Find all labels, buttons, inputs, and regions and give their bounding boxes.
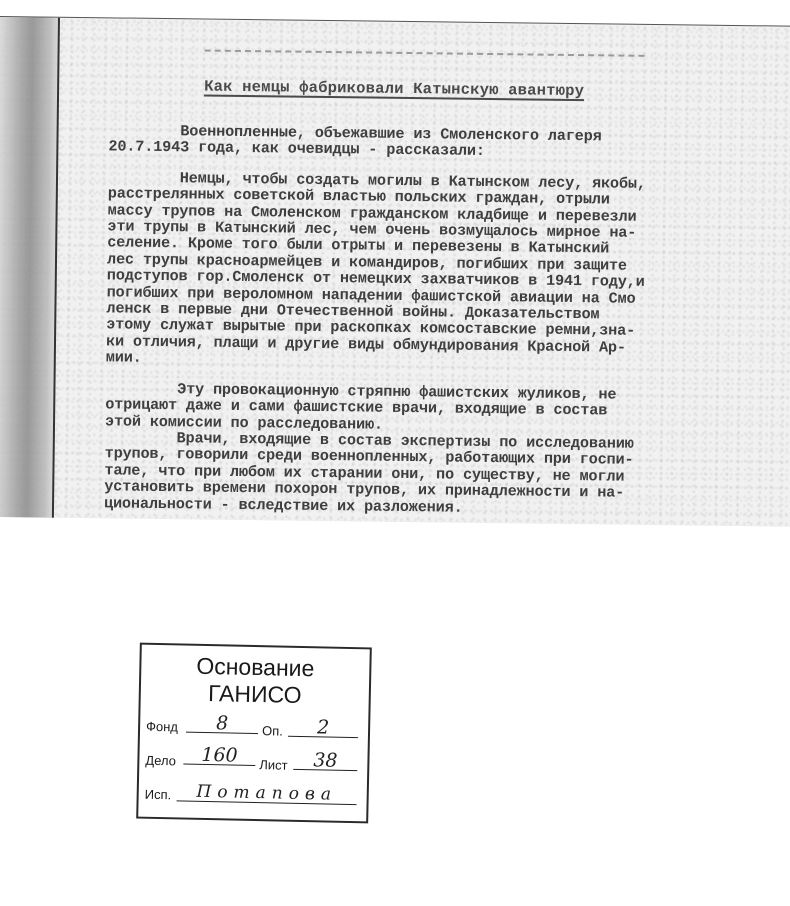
scan-edge-shadow: [0, 17, 60, 518]
list-label: Лист: [259, 757, 288, 773]
stamp-title-archive: ГАНИСО: [141, 680, 369, 710]
delo-label: Дело: [145, 753, 176, 769]
archive-stamp: Основание ГАНИСО Фонд 8 Оп. 2 Дело 160 Л…: [136, 643, 372, 824]
typewritten-page: Как немцы фабриковали Катынскую авантюру…: [0, 16, 790, 527]
stamp-title-basis: Основание: [141, 653, 369, 683]
op-label: Оп.: [262, 723, 283, 738]
fond-label: Фонд: [146, 719, 178, 735]
delo-value: 160: [183, 746, 255, 767]
isp-label: Исп.: [145, 787, 172, 803]
document-body: Военнопленные, объежавшие из Смоленского…: [104, 122, 790, 519]
paragraph: Немцы, чтобы создать могилы в Катынском …: [106, 169, 790, 374]
isp-value: Потапова: [177, 782, 357, 805]
document-title: Как немцы фабриковали Катынскую авантюру: [204, 78, 584, 101]
op-value: 2: [288, 718, 358, 738]
separator-dashes: [205, 50, 645, 57]
list-value: 38: [293, 751, 357, 771]
fond-value: 8: [186, 714, 258, 735]
paragraph: Врачи, входящие в состав экспертизы по и…: [104, 429, 790, 519]
